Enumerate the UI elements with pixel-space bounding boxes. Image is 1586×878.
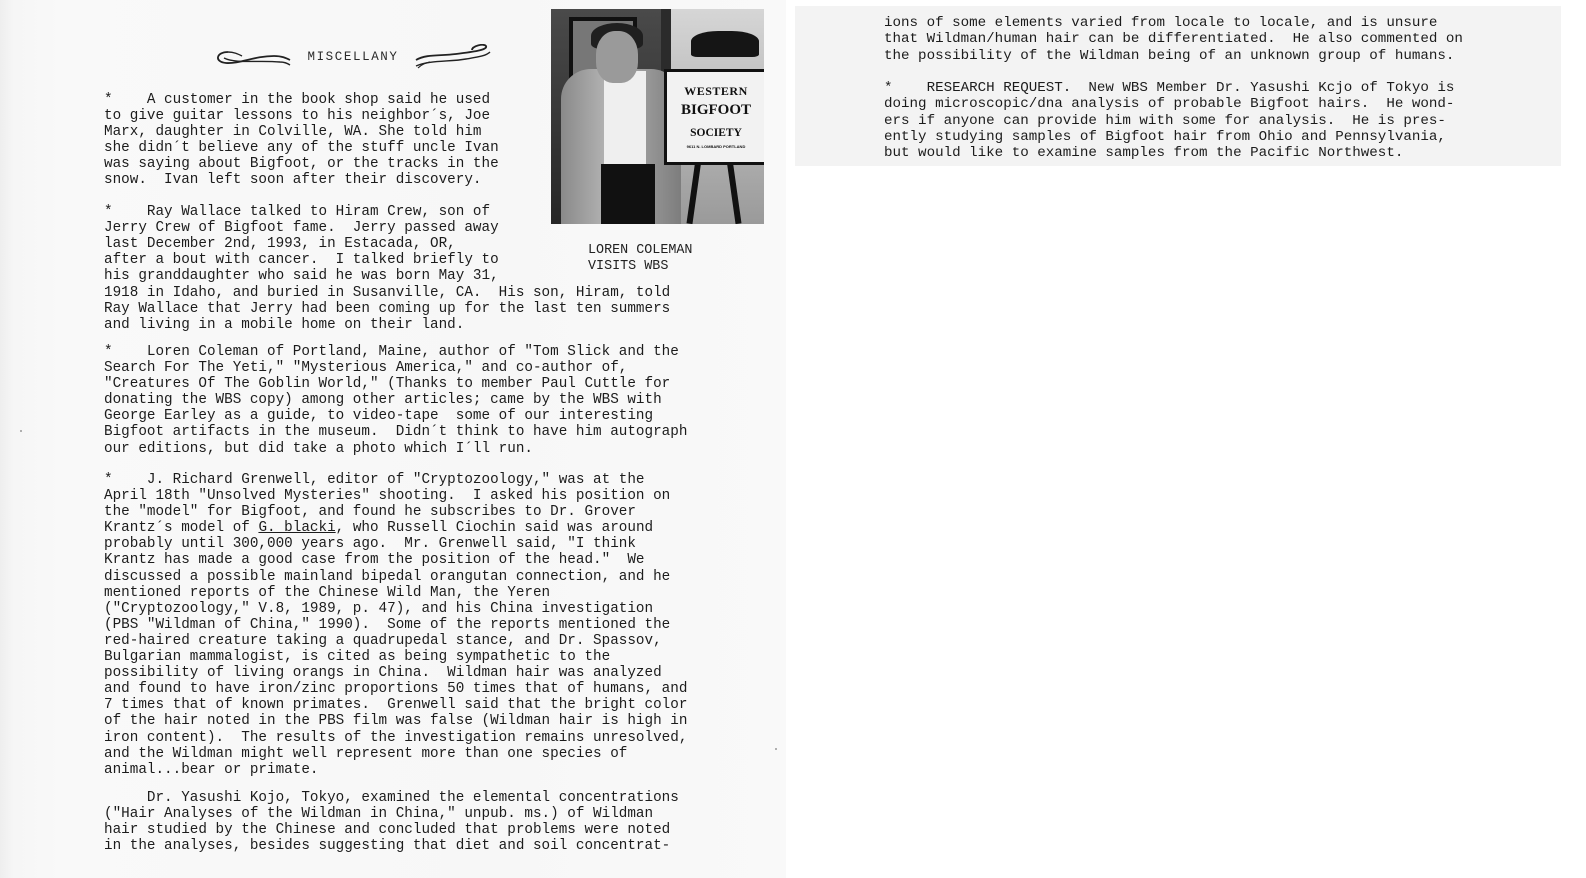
section-title: MISCELLANY — [307, 50, 398, 64]
flourish-right-icon — [414, 44, 494, 70]
paragraph-grenwell: * J. Richard Grenwell, editor of "Crypto… — [104, 472, 687, 778]
section-heading: MISCELLANY — [214, 40, 494, 74]
paragraph-ray-wallace-wide: 1918 in Idaho, and buried in Susanville,… — [104, 285, 670, 333]
paragraph-loren-coleman: * Loren Coleman of Portland, Maine, auth… — [104, 344, 687, 457]
newsletter-page-left: MISCELLANY * A customer in the book shop… — [0, 0, 786, 878]
paragraph-book-shop: * A customer in the book shop said he us… — [104, 92, 499, 189]
paragraph-kojo: Dr. Yasushi Kojo, Tokyo, examined the el… — [104, 790, 679, 854]
flourish-left-icon — [214, 44, 292, 70]
newsletter-page-right: ions of some elements varied from locale… — [795, 6, 1561, 166]
wbs-sign: WESTERN BIGFOOT SOCIETY 9611 N. LOMBARD … — [664, 69, 764, 165]
paragraph-kojo-continued: ions of some elements varied from locale… — [884, 15, 1463, 64]
paragraph-research-request: * RESEARCH REQUEST. New WBS Member Dr. Y… — [884, 80, 1454, 161]
hat-icon — [691, 31, 759, 57]
photo-loren-coleman: WESTERN BIGFOOT SOCIETY 9611 N. LOMBARD … — [551, 9, 764, 224]
species-name: G. blacki — [258, 520, 335, 536]
paragraph-ray-wallace-narrow: * Ray Wallace talked to Hiram Crew, son … — [104, 204, 499, 284]
photo-caption: LOREN COLEMAN VISITS WBS — [588, 243, 692, 275]
